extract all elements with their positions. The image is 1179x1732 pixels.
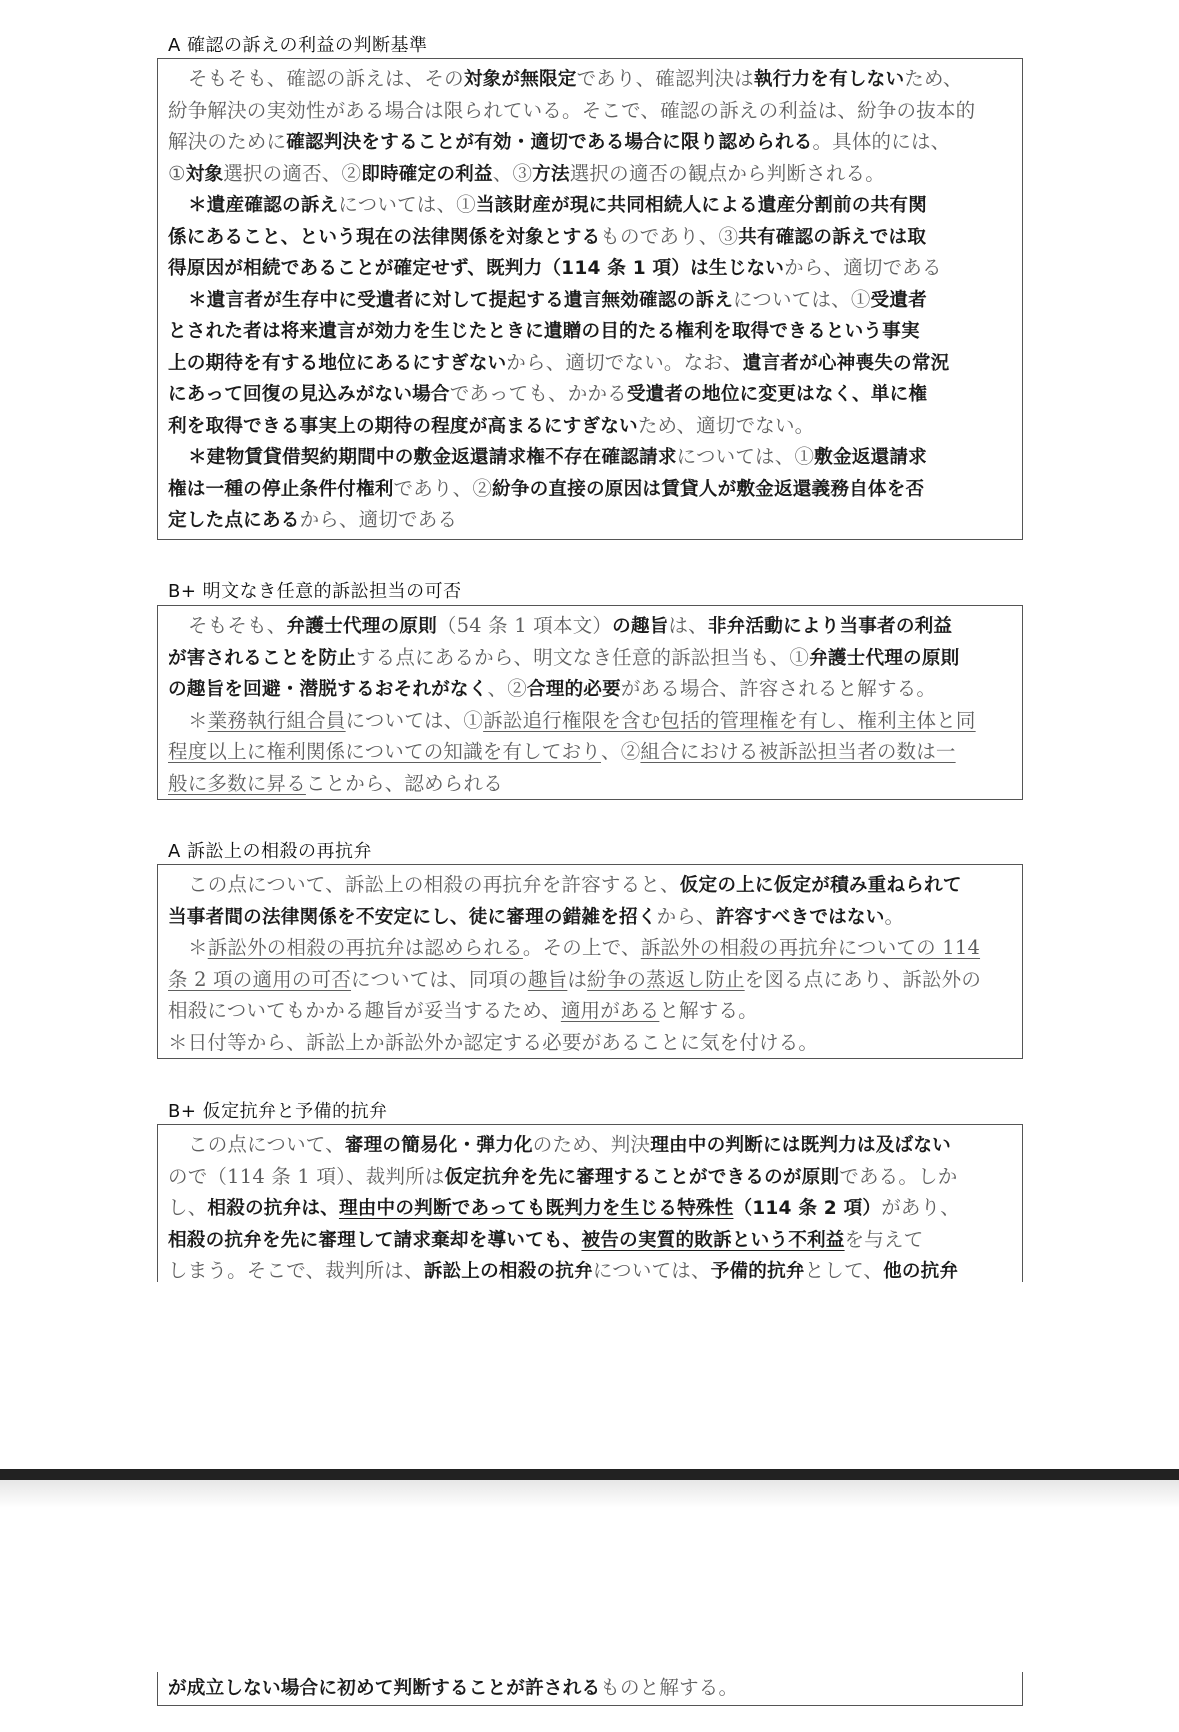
body-text: 、③	[493, 162, 532, 185]
bold-text: 遺言者が心神喪失の常況	[743, 353, 950, 374]
text-line: 般に多数に昇ることから、認められる	[168, 768, 1012, 800]
bold-text: 許容すべきではない	[716, 907, 885, 928]
underlined-text: 条 2 項の適用の可否	[168, 968, 351, 991]
body-text: ①	[168, 162, 186, 185]
bold-text: が成立しない場合に初めて判断することが許される	[168, 1678, 600, 1699]
text-line: しまう。そこで、裁判所は、訴訟上の相殺の抗弁については、予備的抗弁として、他の抗…	[168, 1255, 1012, 1287]
section-box-continuation: が成立しない場合に初めて判断することが許されるものと解する。	[157, 1672, 1023, 1706]
bold-text: の趣旨	[612, 616, 668, 637]
body-text: ＊	[188, 709, 208, 732]
body-text: については、	[593, 1259, 711, 1282]
body-text: する点にあるから、明文なき任意的訴訟担当も、①	[356, 646, 809, 669]
body-text: （54 条 1 項本文）	[437, 614, 612, 637]
text-line: 相殺についてもかかる趣旨が妥当するため、適用があると解する。	[168, 995, 1012, 1027]
underlined-text: 適用がある	[561, 999, 660, 1022]
bold-text: 得原因が相続であることが確定せず、既判力（114 条 1 項）は生じない	[168, 258, 784, 279]
body-text: 、②	[488, 677, 527, 700]
section-title-confirmation-interest: A 確認の訴えの利益の判断基準	[168, 31, 428, 57]
bold-text: 弁護士代理の原則	[809, 648, 959, 669]
bold-text: 当事者間の法律関係を不安定にし、徒に審理の錯雑を招く	[168, 907, 657, 928]
body-text: ので（114 条 1 項）、裁判所は	[168, 1165, 445, 1188]
body-text: 、②	[601, 740, 640, 763]
body-text: から、適切でない。なお、	[506, 351, 742, 374]
body-text: 相殺についてもかかる趣旨が妥当するため、	[168, 999, 561, 1022]
bold-text: 審理の簡易化・弾力化	[345, 1135, 533, 1156]
bold-text: 定した点にある	[168, 510, 300, 531]
body-text: そもそも、	[188, 614, 287, 637]
bold-text: 方法	[532, 164, 570, 185]
body-text: については、①	[677, 445, 815, 468]
body-text: し、	[168, 1196, 207, 1219]
bold-text: 当該財産が現に共同相続人による遺産分割前の共有関	[476, 195, 927, 216]
text-line: とされた者は将来遺言が効力を生じたときに遺贈の目的たる権利を取得できるという事実	[168, 315, 1012, 347]
bold-text: 敷金返還請求	[814, 447, 927, 468]
bold-text: 訴訟上の相殺の抗弁	[424, 1261, 593, 1282]
text-line: 利を取得できる事実上の期待の程度が高まるにすぎないため、適切でない。	[168, 410, 1012, 442]
bold-text: 受遺者の地位に変更はなく、単に権	[627, 384, 927, 405]
bold-text: （114 条 2 項）	[733, 1198, 881, 1219]
body-text: については、①	[338, 193, 476, 216]
bold-text: 受遺者	[871, 290, 927, 311]
body-text: ため、適切でない。	[638, 414, 815, 437]
body-text: 選択の適否、②	[223, 162, 361, 185]
body-text: ＊	[188, 936, 208, 959]
body-text: を図る点にあり、訴訟外の	[745, 968, 981, 991]
text-line: 得原因が相続であることが確定せず、既判力（114 条 1 項）は生じないから、適…	[168, 252, 1012, 284]
text-line: 解決のために確認判決をすることが有効・適切である場合に限り認められる。具体的には…	[168, 126, 1012, 158]
bold-text: 紛争の直接の原因は賃貸人が敷金返還義務自体を否	[492, 479, 924, 500]
section-title-hypothetical-defense: B+ 仮定抗弁と予備的抗弁	[168, 1097, 388, 1123]
text-line: ＊遺産確認の訴えについては、①当該財産が現に共同相続人による遺産分割前の共有関	[168, 189, 1012, 221]
text-line: ので（114 条 1 項）、裁判所は仮定抗弁を先に審理することができるのが原則で…	[168, 1161, 1012, 1193]
underlined-text: 趣旨	[528, 968, 567, 991]
bold-text: の趣旨を回避・潜脱するおそれがなく	[168, 679, 488, 700]
body-text: ため、	[904, 67, 962, 90]
bold-text: にあって回復の見込みがない場合	[168, 384, 450, 405]
text-line: そもそも、確認の訴えは、その対象が無限定であり、確認判決は執行力を有しないため、	[168, 63, 1012, 95]
text-line: が害されることを防止する点にあるから、明文なき任意的訴訟担当も、①弁護士代理の原…	[168, 642, 1012, 674]
bold-text: が害されることを防止	[168, 648, 356, 669]
underlined-text: 程度以上に権利関係についての知識を有しており	[168, 740, 601, 763]
text-line: この点について、審理の簡易化・弾力化のため、判決理由中の判断には既判力は及ばない	[168, 1129, 1012, 1161]
bold-text: 確認判決をすることが有効・適切である場合に限り認められる	[286, 132, 812, 153]
body-text: この点について、訴訟上の相殺の再抗弁を許容すると、	[188, 873, 680, 896]
section-box-hypothetical-defense: この点について、審理の簡易化・弾力化のため、判決理由中の判断には既判力は及ばない…	[157, 1124, 1023, 1282]
text-line: ＊遺言者が生存中に受遺者に対して提起する遺言無効確認の訴えについては、①受遺者	[168, 284, 1012, 316]
text-line: この点について、訴訟上の相殺の再抗弁を許容すると、仮定の上に仮定が積み重ねられて	[168, 869, 1012, 901]
bold-text: 予備的抗弁	[711, 1261, 805, 1282]
text-line: が成立しない場合に初めて判断することが許されるものと解する。	[168, 1672, 1012, 1704]
body-text: 。その上で、	[523, 936, 641, 959]
body-text: は	[567, 968, 587, 991]
text-line: の趣旨を回避・潜脱するおそれがなく、②合理的必要がある場合、許容されると解する。	[168, 673, 1012, 705]
bold-text: 係にあること、という現在の法律関係を対象とする	[168, 227, 600, 248]
underlined-text: 訴訟追行権限を含む包括的管理権を有し、権利主体と同	[483, 709, 976, 732]
text-line: にあって回復の見込みがない場合であっても、かかる受遺者の地位に変更はなく、単に権	[168, 378, 1012, 410]
text-line: 当事者間の法律関係を不安定にし、徒に審理の錯雑を招くから、許容すべきではない。	[168, 901, 1012, 933]
bold-text: 相殺の抗弁は、	[207, 1198, 339, 1219]
body-text: がある場合、許容されると解する。	[621, 677, 936, 700]
body-text: のため、判決	[533, 1133, 650, 1156]
bold-text: ＊建物賃貸借契約期間中の敷金返還請求権不存在確認請求	[188, 447, 677, 468]
body-text: があり、	[881, 1196, 960, 1219]
section-box-voluntary-litigation: そもそも、弁護士代理の原則（54 条 1 項本文）の趣旨は、非弁活動により当事者…	[157, 605, 1023, 800]
underlined-text: 訴訟外の相殺の再抗弁は認められる	[208, 936, 523, 959]
bold-text: 対象が無限定	[464, 69, 577, 90]
body-text: については、①	[346, 709, 484, 732]
body-text: ものであり、③	[600, 225, 738, 248]
bold-text: 非弁活動により当事者の利益	[708, 616, 952, 637]
body-text: 解決のために	[168, 130, 286, 153]
bold-text: 合理的必要	[527, 679, 621, 700]
section-box-confirmation-interest: そもそも、確認の訴えは、その対象が無限定であり、確認判決は執行力を有しないため、…	[157, 58, 1023, 540]
underlined-text: 訴訟外の相殺の再抗弁についての 114	[641, 936, 980, 959]
body-text: 。	[885, 905, 905, 928]
body-text: と解する。	[659, 999, 758, 1022]
bold-text: 弁護士代理の原則	[287, 616, 437, 637]
text-line: 権は一種の停止条件付権利であり、②紛争の直接の原因は賃貸人が敷金返還義務自体を否	[168, 473, 1012, 505]
underlined-text: 業務執行組合員	[208, 709, 346, 732]
text-line: ＊業務執行組合員については、①訴訟追行権限を含む包括的管理権を有し、権利主体と同	[168, 705, 1012, 737]
body-text: である。しか	[839, 1165, 957, 1188]
underlined-text: 理由中の判断であっても既判力を生じる特殊性	[339, 1198, 733, 1219]
bold-text: ＊遺言者が生存中に受遺者に対して提起する遺言無効確認の訴え	[188, 290, 733, 311]
body-text: から、	[657, 905, 716, 928]
bold-text: 利を取得できる事実上の期待の程度が高まるにすぎない	[168, 416, 638, 437]
section-title-voluntary-litigation: B+ 明文なき任意的訴訟担当の可否	[168, 577, 462, 603]
text-line: 上の期待を有する地位にあるにすぎないから、適切でない。なお、遺言者が心神喪失の常…	[168, 347, 1012, 379]
body-text: 。具体的には、	[812, 130, 950, 153]
body-text: から、適切である	[784, 256, 942, 279]
page-break-shadow	[0, 1480, 1179, 1508]
text-line: 係にあること、という現在の法律関係を対象とするものであり、③共有確認の訴えでは取	[168, 221, 1012, 253]
body-text: については、①	[733, 288, 871, 311]
text-line: 程度以上に権利関係についての知識を有しており、②組合における被訴訟担当者の数は一	[168, 736, 1012, 768]
bold-text: 共有確認の訴えでは取	[738, 227, 926, 248]
underlined-text: 般に多数に昇る	[168, 772, 306, 795]
text-line: そもそも、弁護士代理の原則（54 条 1 項本文）の趣旨は、非弁活動により当事者…	[168, 610, 1012, 642]
bold-text: 上の期待を有する地位にあるにすぎない	[168, 353, 506, 374]
body-text: であり、②	[394, 477, 493, 500]
text-line: ＊訴訟外の相殺の再抗弁は認められる。その上で、訴訟外の相殺の再抗弁についての 1…	[168, 932, 1012, 964]
underlined-text: 組合における被訴訟担当者の数は一	[640, 740, 955, 763]
body-text: ＊日付等から、訴訟上か訴訟外か認定する必要があることに気を付ける。	[168, 1031, 818, 1054]
bold-text: 理由中の判断には既判力は及ばない	[650, 1135, 951, 1156]
body-text: を与えて	[845, 1228, 924, 1251]
body-text: は、	[668, 614, 707, 637]
page-break-divider	[0, 1469, 1179, 1480]
text-line: 紛争解決の実効性がある場合は限られている。そこで、確認の訴えの利益は、紛争の抜本…	[168, 95, 1012, 127]
body-text: であり、確認判決は	[577, 67, 754, 90]
body-text: 紛争解決の実効性がある場合は限られている。そこで、確認の訴えの利益は、紛争の抜本…	[168, 99, 975, 122]
text-line: 相殺の抗弁を先に審理して請求棄却を導いても、被告の実質的敗訴という不利益を与えて	[168, 1224, 1012, 1256]
bold-text: 他の抗弁	[883, 1261, 958, 1282]
body-text: として、	[805, 1259, 883, 1282]
bold-text: 即時確定の利益	[361, 164, 493, 185]
body-text: については、同項の	[351, 968, 528, 991]
bold-text: 権は一種の停止条件付権利	[168, 479, 394, 500]
body-text: ことから、認められる	[306, 772, 503, 795]
body-text: この点について、	[188, 1133, 345, 1156]
text-line: 定した点にあるから、適切である	[168, 504, 1012, 536]
body-text: から、適切である	[300, 508, 458, 531]
bold-text: 相殺の抗弁を先に審理して請求棄却を導いても、	[168, 1230, 581, 1251]
bold-text: 仮定の上に仮定が積み重ねられて	[680, 875, 962, 896]
underlined-text: 紛争の蒸返し防止	[587, 968, 745, 991]
bold-text: ＊遺産確認の訴え	[188, 195, 338, 216]
section-box-setoff-rebuttal: この点について、訴訟上の相殺の再抗弁を許容すると、仮定の上に仮定が積み重ねられて…	[157, 864, 1023, 1059]
text-line: ①対象選択の適否、②即時確定の利益、③方法選択の適否の観点から判断される。	[168, 158, 1012, 190]
body-text: であっても、かかる	[450, 382, 627, 405]
bold-text: 仮定抗弁を先に審理することができるのが原則	[445, 1167, 840, 1188]
underlined-text: 被告の実質的敗訴という不利益	[581, 1230, 844, 1251]
text-line: し、相殺の抗弁は、理由中の判断であっても既判力を生じる特殊性（114 条 2 項…	[168, 1192, 1012, 1224]
section-title-setoff-rebuttal: A 訴訟上の相殺の再抗弁	[168, 837, 372, 863]
body-text: そもそも、確認の訴えは、その	[188, 67, 464, 90]
bold-text: 執行力を有しない	[754, 69, 904, 90]
body-text: しまう。そこで、裁判所は、	[168, 1259, 424, 1282]
body-text: 選択の適否の観点から判断される。	[570, 162, 885, 185]
text-line: ＊日付等から、訴訟上か訴訟外か認定する必要があることに気を付ける。	[168, 1027, 1012, 1059]
bold-text: 対象	[186, 164, 224, 185]
text-line: 条 2 項の適用の可否については、同項の趣旨は紛争の蒸返し防止を図る点にあり、訴…	[168, 964, 1012, 996]
bold-text: とされた者は将来遺言が効力を生じたときに遺贈の目的たる権利を取得できるという事実	[168, 321, 920, 342]
text-line: ＊建物賃貸借契約期間中の敷金返還請求権不存在確認請求については、①敷金返還請求	[168, 441, 1012, 473]
body-text: ものと解する。	[600, 1676, 738, 1699]
